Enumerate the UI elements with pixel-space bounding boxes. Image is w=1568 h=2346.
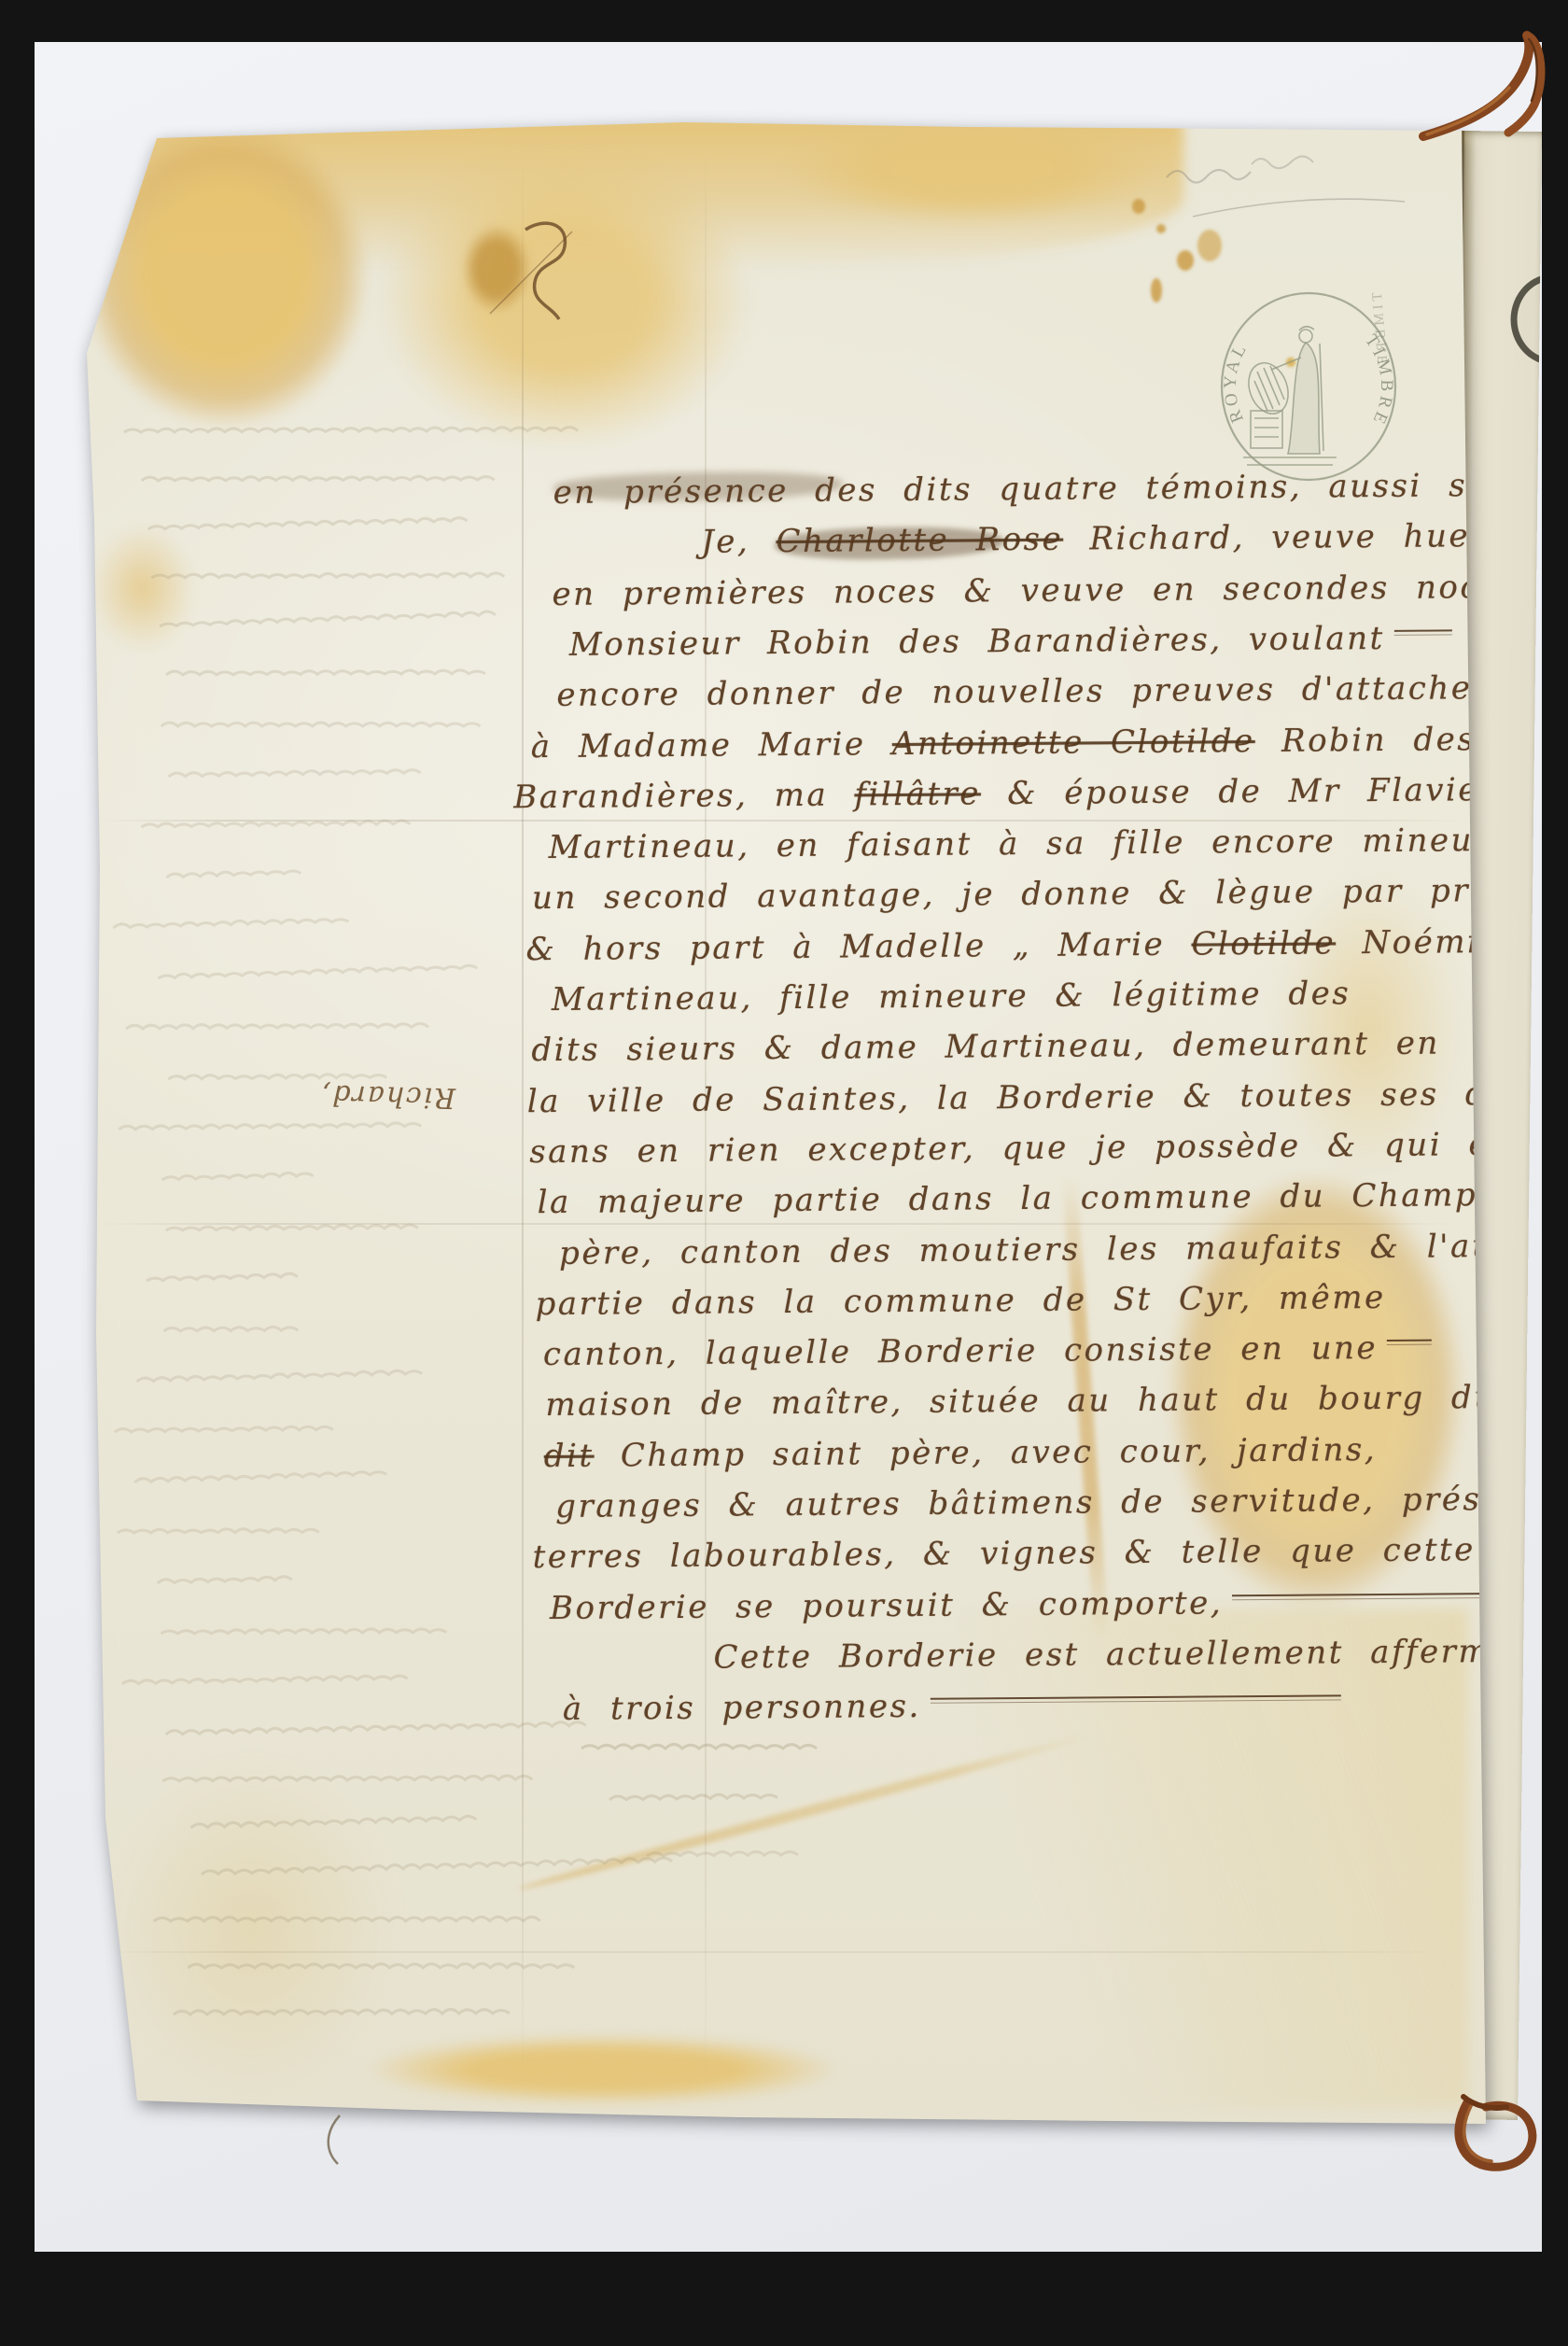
manuscript-line: en présence des dits quatre témoins, aus… (553, 459, 1568, 518)
struck-word: Clotilde (1191, 924, 1336, 962)
manuscript-segment: Richard, veuve hued, (1063, 517, 1505, 558)
manuscript-segment: un second avantage, je donne & lègue par… (532, 872, 1568, 918)
manuscript-segment: en présence des dits quatre témoins, aus… (553, 466, 1568, 512)
manuscript-line: en premières noces & veuve en secondes n… (552, 560, 1568, 619)
manuscript-line: père, canton des moutiers les maufaits &… (559, 1220, 1548, 1278)
partial-stamp-ring (1510, 274, 1542, 366)
manuscript-segment: encore donner de nouvelles preuves d'att… (556, 669, 1563, 714)
manuscript-line: encore donner de nouvelles preuves d'att… (556, 663, 1563, 721)
manuscript-segment: à trois personnes. (563, 1688, 921, 1728)
manuscript-segment: & épouse de Mr Flavien (981, 771, 1503, 812)
manuscript-segment: maison de maître, située au haut du bour… (545, 1379, 1497, 1424)
manuscript-line: dit Champ saint père, avec cour, jardins… (544, 1425, 1378, 1482)
manuscript-line: canton, laquelle Borderie consiste en un… (543, 1323, 1433, 1380)
manuscript-line: partie dans la commune de St Cyr, même (535, 1272, 1386, 1329)
manuscript-line: Borderie se poursuit & comporte, (550, 1576, 1512, 1634)
manuscript-segment: canton, laquelle Borderie consiste en un… (543, 1329, 1378, 1373)
manuscript-segment: sans en rien excepter, que je possède & … (529, 1125, 1568, 1172)
manuscript-segment: Champ saint père, avec cour, jardins, (594, 1431, 1377, 1475)
manuscript-segment: & hors part à Madelle „ Marie (525, 925, 1191, 968)
manuscript-line: à trois personnes. (563, 1679, 1341, 1735)
manuscript-segment: Monsieur Robin des Barandières, voulant (569, 620, 1385, 664)
manuscript-segment: père, canton des moutiers les maufaits &… (559, 1227, 1548, 1271)
manuscript-segment: Cette Borderie est actuellement affermée (713, 1633, 1533, 1677)
manuscript-line: maison de maître, située au haut du bour… (545, 1372, 1497, 1430)
manuscript-line: la ville de Saintes, la Borderie & toute… (527, 1067, 1568, 1127)
manuscript-segment: en premières noces & veuve en secondes n… (552, 568, 1568, 613)
manuscript-line: un second avantage, je donne & lègue par… (532, 865, 1568, 924)
manuscript-line: granges & autres bâtimens de servitude, … (555, 1474, 1494, 1532)
manuscript-line: Monsieur Robin des Barandières, voulant (569, 612, 1452, 669)
manuscript-segment: dits sieurs & dame Martineau, demeurant … (531, 1025, 1440, 1070)
manuscript-segment: la ville de Saintes, la Borderie & toute… (527, 1074, 1568, 1120)
scanned-document: TIMBRE ROYAL TIMBRE Richard, en présence… (0, 0, 1568, 2346)
manuscript-segment: Martineau, en faisant à sa fille encore … (549, 822, 1513, 866)
manuscript-segment: Robin des (1255, 721, 1477, 760)
document-page: TIMBRE ROYAL TIMBRE Richard, en présence… (87, 119, 1487, 2127)
manuscript-segment: Barandières, ma (513, 776, 855, 816)
manuscript-segment: Je, (701, 523, 777, 561)
manuscript-line: Cette Borderie est actuellement affermée (713, 1626, 1533, 1683)
manuscript-segment: la majeure partie dans la commune du Cha… (538, 1176, 1544, 1221)
struck-word: dit (544, 1437, 595, 1474)
manuscript-line: terres labourables, & vignes & telle que… (532, 1525, 1476, 1583)
struck-word: Charlotte Rose (776, 521, 1063, 560)
ink-rule (1232, 1593, 1512, 1600)
manuscript-text-block: en présence des dits quatre témoins, aus… (79, 114, 1495, 2132)
manuscript-segment: granges & autres bâtimens de servitude, … (555, 1481, 1494, 1525)
manuscript-segment: Borderie se poursuit & comporte, (550, 1584, 1223, 1627)
manuscript-line: sans en rien excepter, que je possède & … (529, 1118, 1568, 1178)
struck-word: fillâtre (854, 775, 981, 813)
manuscript-line: la majeure partie dans la commune du Cha… (537, 1170, 1543, 1228)
manuscript-segment: terres labourables, & vignes & telle que… (532, 1532, 1476, 1577)
manuscript-line: Je, Charlotte Rose Richard, veuve hued, (701, 511, 1505, 568)
ink-rule (931, 1695, 1341, 1704)
manuscript-line: & hors part à Madelle „ Marie Clotilde N… (525, 917, 1501, 975)
manuscript-line: Barandières, ma fillâtre & épouse de Mr … (513, 765, 1503, 822)
manuscript-segment: à Madame Marie (531, 725, 892, 766)
manuscript-line: à Madame Marie Antoinette Clotilde Robin… (531, 714, 1477, 772)
struck-word: Antoinette Clotilde (892, 723, 1255, 763)
manuscript-segment: Martineau, fille mineure & légitime des (552, 975, 1351, 1018)
ink-rule (1387, 1340, 1432, 1345)
manuscript-line: Martineau, en faisant à sa fille encore … (548, 815, 1512, 873)
manuscript-line: dits sieurs & dame Martineau, demeurant … (531, 1018, 1440, 1076)
ink-rule (1394, 629, 1452, 635)
manuscript-line: Martineau, fille mineure & légitime des (552, 968, 1351, 1025)
manuscript-segment: partie dans la commune de St Cyr, même (535, 1279, 1385, 1323)
